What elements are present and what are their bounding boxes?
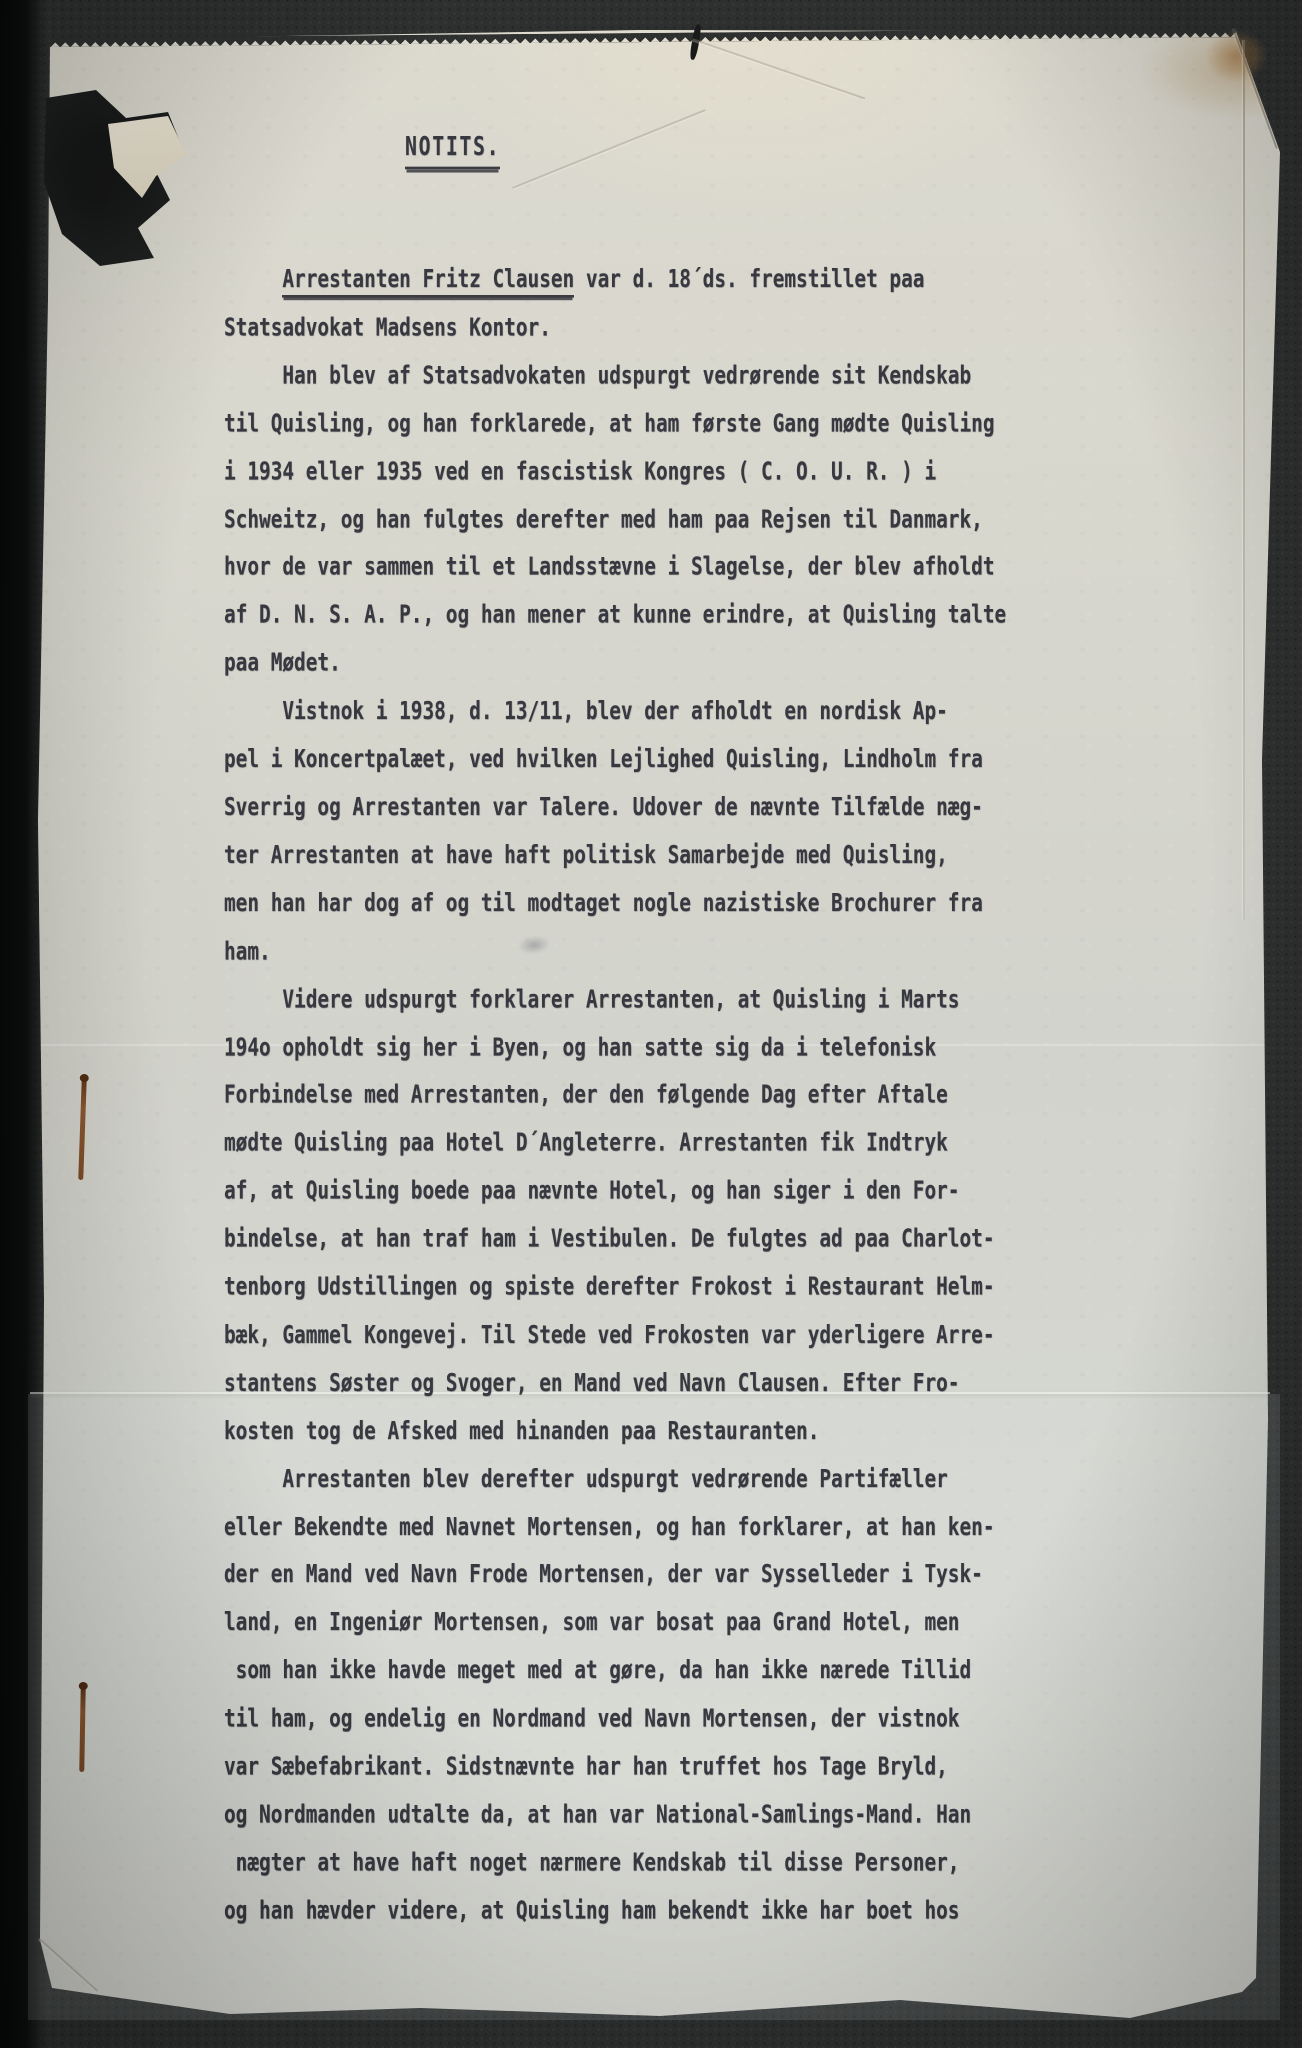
document-line: men han har dog af og til modtaget nogle… [224,880,1044,928]
document-line: i 1934 eller 1935 ved en fascistisk Kong… [224,448,1044,496]
document-line: tenborg Udstillingen og spiste derefter … [224,1264,1044,1312]
document-title: NOTITS. [405,131,500,169]
typewritten-text [224,264,282,294]
typewritten-text: ter Arrestanten at have haft politisk Sa… [224,840,948,870]
typewritten-text: ham. [224,935,271,965]
typewritten-text: Vistnok i 1938, d. 13/11, blev der afhol… [224,696,948,726]
typewritten-text: til Quisling, og han forklarede, at ham … [224,408,995,438]
typewritten-text: kosten tog de Afsked med hinanden paa Re… [224,1415,819,1445]
document-line: til ham, og endelig en Nordmand ved Navn… [224,1695,1044,1743]
document-line: stantens Søster og Svoger, en Mand ved N… [224,1359,1044,1407]
album-spine-shadow [0,0,46,2048]
document-line: hvor de var sammen til et Landsstævne i … [224,544,1044,592]
typewritten-text: af, at Quisling boede paa nævnte Hotel, … [224,1175,959,1205]
document-line: kosten tog de Afsked med hinanden paa Re… [224,1407,1044,1455]
typewritten-text: var Sæbefabrikant. Sidstnævnte har han t… [224,1751,948,1781]
document-line: og Nordmanden udtalte da, at han var Nat… [224,1791,1044,1839]
document-line: var Sæbefabrikant. Sidstnævnte har han t… [224,1743,1044,1791]
document-line: som han ikke havde meget med at gøre, da… [224,1647,1044,1695]
document-line: og han hævder videre, at Quisling ham be… [224,1887,1044,1935]
typewritten-text: Forbindelse med Arrestanten, der den føl… [224,1079,948,1109]
typewritten-text: Han blev af Statsadvokaten udspurgt vedr… [224,360,971,390]
document-line: nægter at have haft noget nærmere Kendsk… [224,1839,1044,1887]
document-line: land, en Ingeniør Mortensen, som var bos… [224,1599,1044,1647]
document-line: Arrestanten blev derefter udspurgt vedrø… [224,1455,1044,1503]
document-line: bæk, Gammel Kongevej. Til Stede ved Frok… [224,1312,1044,1360]
typewritten-text: men han har dog af og til modtaget nogle… [224,888,983,918]
typewritten-text: og Nordmanden udtalte da, at han var Nat… [224,1799,971,1829]
typewritten-text: paa Mødet. [224,648,341,678]
document-body: Arrestanten Fritz Clausen var d. 18´ds. … [224,256,1044,1935]
typewritten-text: bindelse, at han traf ham i Vestibulen. … [224,1223,995,1253]
typewritten-text: tenborg Udstillingen og spiste derefter … [224,1271,995,1301]
typewritten-text: der en Mand ved Navn Frode Mortensen, de… [224,1559,983,1589]
underlined-text: Arrestanten Fritz Clausen [282,264,574,298]
typewritten-text: var d. 18´ds. fremstillet paa [574,264,924,294]
document-line: bindelse, at han traf ham i Vestibulen. … [224,1216,1044,1264]
document-line: af, at Quisling boede paa nævnte Hotel, … [224,1168,1044,1216]
typewritten-text: pel i Koncertpalæet, ved hvilken Lejligh… [224,744,983,774]
document-line: ham. [224,928,1044,976]
typewritten-text: Sverrig og Arrestanten var Talere. Udove… [224,792,983,822]
document-line: Vistnok i 1938, d. 13/11, blev der afhol… [224,688,1044,736]
document-line: ter Arrestanten at have haft politisk Sa… [224,832,1044,880]
typewritten-text: af D. N. S. A. P., og han mener at kunne… [224,600,1006,630]
document-line: Schweitz, og han fulgtes derefter med ha… [224,496,1044,544]
document-line: Sverrig og Arrestanten var Talere. Udove… [224,784,1044,832]
typewritten-text: Statsadvokat Madsens Kontor. [224,312,551,342]
archive-scan: NOTITS. Arrestanten Fritz Clausen var d.… [0,0,1302,2048]
typewritten-text: mødte Quisling paa Hotel D´Angleterre. A… [224,1127,948,1157]
typewritten-text: eller Bekendte med Navnet Mortensen, og … [224,1511,995,1541]
typewritten-text: nægter at have haft noget nærmere Kendsk… [224,1847,959,1877]
typewritten-text: bæk, Gammel Kongevej. Til Stede ved Frok… [224,1319,995,1349]
document-line: af D. N. S. A. P., og han mener at kunne… [224,592,1044,640]
typewritten-text: til ham, og endelig en Nordmand ved Navn… [224,1703,959,1733]
document-line: der en Mand ved Navn Frode Mortensen, de… [224,1551,1044,1599]
typewritten-text: i 1934 eller 1935 ved en fascistisk Kong… [224,456,936,486]
document-line: Videre udspurgt forklarer Arrestanten, a… [224,976,1044,1024]
document-line: Arrestanten Fritz Clausen var d. 18´ds. … [224,256,1044,304]
document-line: Forbindelse med Arrestanten, der den føl… [224,1072,1044,1120]
document-line: mødte Quisling paa Hotel D´Angleterre. A… [224,1120,1044,1168]
typewritten-text: Videre udspurgt forklarer Arrestanten, a… [224,983,959,1013]
typewritten-text: land, en Ingeniør Mortensen, som var bos… [224,1607,959,1637]
document-line: pel i Koncertpalæet, ved hvilken Lejligh… [224,736,1044,784]
typewritten-text: Schweitz, og han fulgtes derefter med ha… [224,504,983,534]
document-line: Han blev af Statsadvokaten udspurgt vedr… [224,352,1044,400]
typewritten-text: som han ikke havde meget med at gøre, da… [224,1655,971,1685]
document-line: til Quisling, og han forklarede, at ham … [224,400,1044,448]
document-line: Statsadvokat Madsens Kontor. [224,304,1044,352]
typewritten-text: stantens Søster og Svoger, en Mand ved N… [224,1367,959,1397]
document-line: 194o opholdt sig her i Byen, og han satt… [224,1024,1044,1072]
typewritten-text: 194o opholdt sig her i Byen, og han satt… [224,1031,936,1061]
typewritten-text: Arrestanten blev derefter udspurgt vedrø… [224,1463,948,1493]
document-line: paa Mødet. [224,640,1044,688]
document-line: eller Bekendte med Navnet Mortensen, og … [224,1503,1044,1551]
typewritten-text: og han hævder videre, at Quisling ham be… [224,1895,959,1925]
right-edge-crease [1243,40,1245,920]
typewritten-text: hvor de var sammen til et Landsstævne i … [224,552,995,582]
